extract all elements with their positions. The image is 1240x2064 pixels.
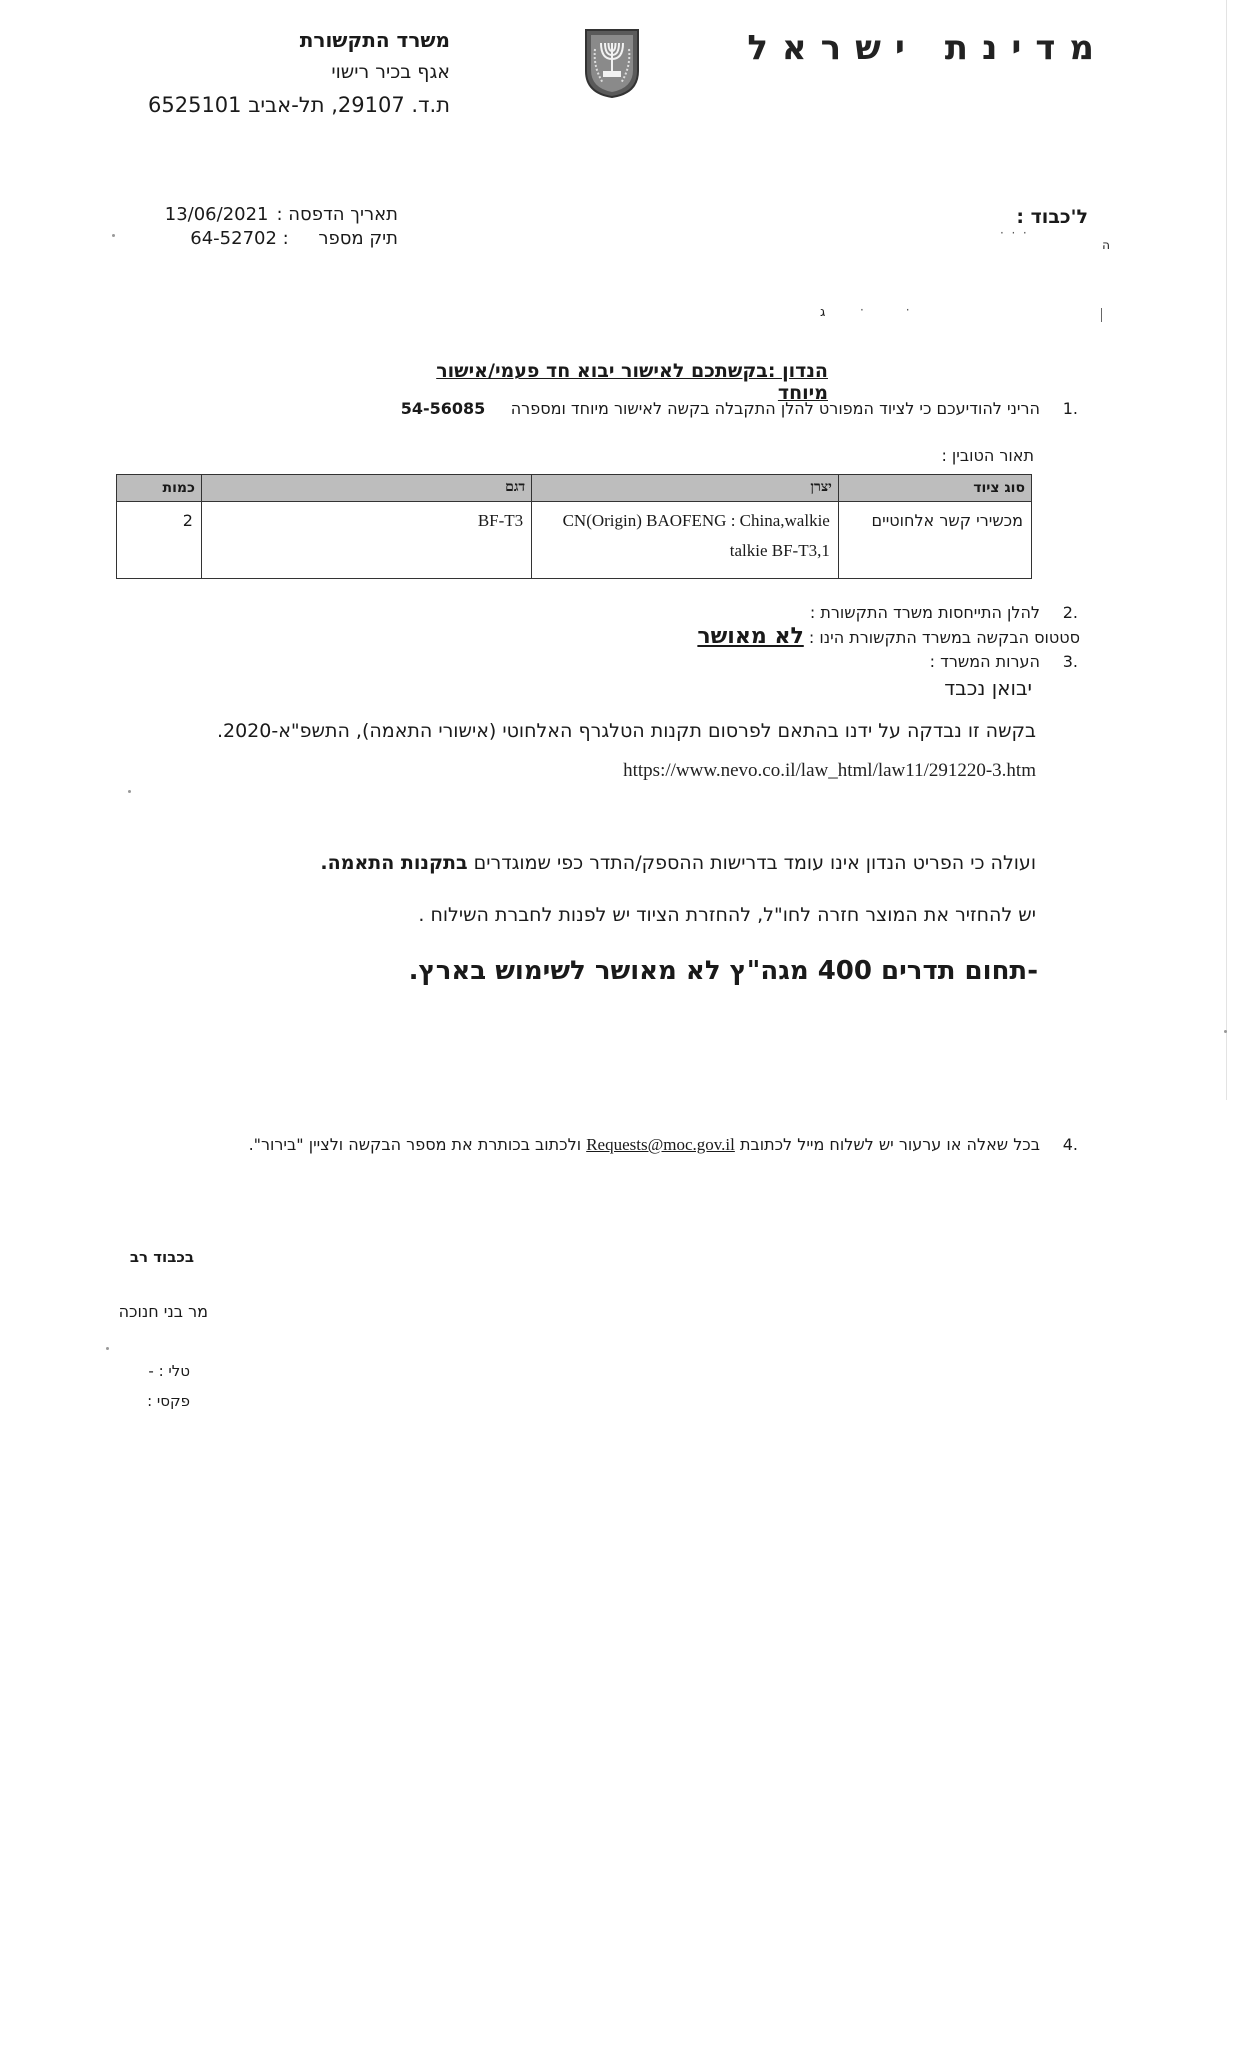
goods-table-header: סוג ציוד יצרן דגם כמות [117,475,1032,502]
file-number-row: תיק מספר 64-52702 : [165,227,398,251]
scan-speck [128,790,131,793]
section-2: .2 להלן התייחסות משרד התקשורת : [440,602,1040,624]
column-header-model: דגם [201,475,531,502]
section-2-number: .2 [1063,602,1078,624]
goods-description-label: תאור הטובין : [941,446,1034,465]
noncompliance-text: ועולה כי הפריט הנדון אינו עומד בדרישות ה… [474,852,1036,874]
section-1-text: הריני להודיעכם כי לציוד המפורט להלן התקב… [511,399,1040,418]
manufacturer-line-2: talkie BF-T3,1 [540,536,830,566]
scan-speck [1224,1030,1227,1033]
ministry-address: ת.ד. 29107, תל-אביב 6525101 [148,88,450,122]
frequency-note: -תחום תדרים 400 מגה"ץ לא מאושר לשימוש בא… [409,956,1038,986]
signatory-fax: פקסי : [147,1392,190,1410]
phone-value: - [148,1362,153,1380]
column-header-quantity: כמות [117,475,202,502]
redaction-dots-2: · · [860,303,910,317]
file-number-value: 64-52702 : [190,227,296,251]
phone-label: טלי : [159,1362,190,1380]
return-instruction: יש להחזיר את המוצר חזרה לחו"ל, להחזרת הצ… [418,904,1036,926]
section-1: .1 הריני להודיעכם כי לציוד המפורט להלן ה… [340,398,1040,420]
regulation-link[interactable]: https://www.nevo.co.il/law_html/law11/29… [623,760,1036,782]
file-number: 64-52702 [190,228,277,249]
recipient-label: ל'כבוד : [1016,206,1088,228]
review-statement: בקשה זו נבדקה על ידנו בהתאם לפרסום תקנות… [217,720,1036,742]
print-date-row: תאריך הדפסה : 13/06/2021 [165,203,398,227]
state-title: מדינת ישראל [747,28,1108,68]
address-redacted-fragment: ג [820,305,825,320]
section-4-number: .4 [1063,1134,1078,1156]
manufacturer-line-1: CN(Origin) BAOFENG : China,walkie [540,506,830,536]
model-value: BF-T3 [210,506,523,536]
cell-manufacturer: CN(Origin) BAOFENG : China,walkie talkie… [532,502,839,579]
signature-regards: בכבוד רב [130,1248,194,1266]
cell-model: BF-T3 [201,502,531,579]
section-3-number: .3 [1063,651,1078,673]
scan-speck [106,1347,109,1350]
section-1-number: .1 [1063,398,1078,420]
recipient-redacted-fragment: ה [1102,238,1110,252]
file-number-separator: : [283,228,289,249]
ministry-block: משרד התקשורת אגף בכיר רישוי ת.ד. 29107, … [148,24,450,122]
section-3: .3 הערות המשרד : [440,651,1040,673]
goods-table: סוג ציוד יצרן דגם כמות מכשירי קשר אלחוטי… [116,474,1032,579]
print-date-label: תאריך הדפסה : [277,203,399,227]
section-4: .4 בכל שאלה או ערעור יש לשלוח מייל לכתוב… [249,1134,1040,1156]
request-status-line: סטטוס הבקשה במשרד התקשורת הינו : לא מאוש… [697,624,1080,649]
noncompliance-regulation: בתקנות התאמה. [320,852,467,874]
state-emblem-menorah-icon [583,27,641,99]
section-4-text-before: בכל שאלה או ערעור יש לשלוח מייל לכתובת [740,1135,1040,1154]
contact-email-link[interactable]: Requests@moc.gov.il [586,1135,735,1154]
column-header-manufacturer: יצרן [532,475,839,502]
column-header-type: סוג ציוד [838,475,1031,502]
file-number-label: תיק מספר [302,227,398,251]
ministry-name: משרד התקשורת [148,24,450,56]
redaction-dots: · · · [1000,226,1027,240]
noncompliance-statement: ועולה כי הפריט הנדון אינו עומד בדרישות ה… [320,852,1036,874]
cell-quantity: 2 [117,502,202,579]
document-meta: תאריך הדפסה : 13/06/2021 תיק מספר 64-527… [165,203,398,251]
status-badge: לא מאושר [697,624,803,649]
redaction-edge [1101,308,1102,322]
importer-greeting: יבואן נכבד [944,676,1032,700]
scan-edge-line [1226,0,1227,1100]
status-label: סטטוס הבקשה במשרד התקשורת הינו : [809,628,1080,647]
model-text: BF-T3 [210,506,523,536]
scan-speck [112,234,115,237]
table-row: מכשירי קשר אלחוטיים CN(Origin) BAOFENG :… [117,502,1032,579]
signatory-name: מר בני חנוכה [119,1302,208,1321]
signatory-phone: טלי : - [148,1362,190,1380]
section-4-text-after: ולכתוב בכותרת את מספר הבקשה ולציין "בירו… [249,1135,582,1154]
cell-equipment-type: מכשירי קשר אלחוטיים [838,502,1031,579]
division-name: אגף בכיר רישוי [148,56,450,88]
print-date-value: 13/06/2021 [165,203,271,227]
request-number: 54-56085 [401,399,486,418]
section-3-text: הערות המשרד : [930,652,1040,671]
section-2-text: להלן התייחסות משרד התקשורת : [810,603,1040,622]
fax-label: פקסי : [147,1392,190,1410]
